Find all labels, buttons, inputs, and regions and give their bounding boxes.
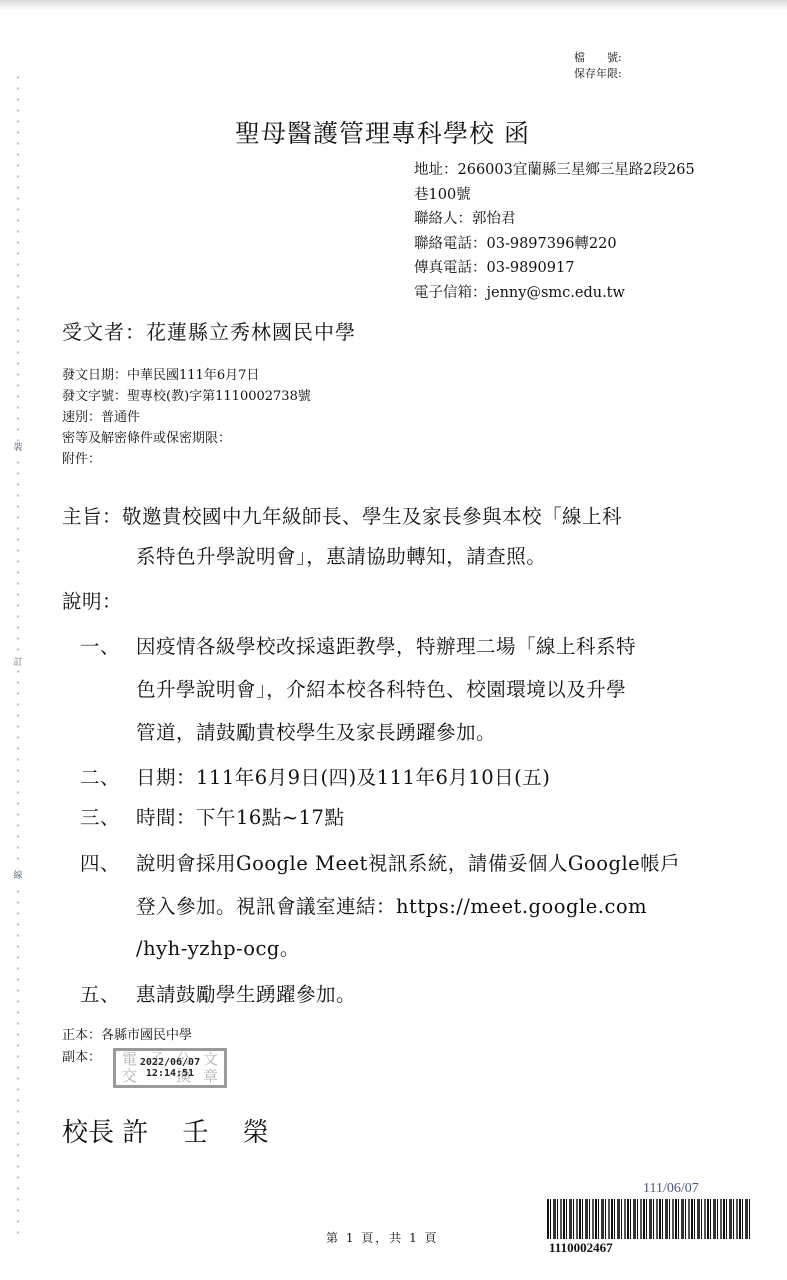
item-2-number: 二、: [80, 762, 120, 790]
address-line-2: 巷100號: [414, 183, 695, 208]
stamp-date: 2022/06/07: [116, 1057, 224, 1068]
address-line-1: 地址：266003宜蘭縣三星鄉三星路2段265: [414, 158, 695, 183]
delivery-speed: 速別：普通件: [62, 407, 311, 428]
recipient: 受文者：花蓮縣立秀林國民中學: [62, 316, 356, 345]
contact-fax: 傳真電話：03-9890917: [414, 256, 695, 281]
item-4-line-1: 說明會採用Google Meet視訊系統，請備妥個人Google帳戶: [136, 848, 680, 876]
page-indicator: 第 1 頁，共 1 頁: [326, 1229, 439, 1246]
subject-line-1: 主旨：敬邀貴校國中九年級師長、學生及家長參與本校「線上科: [62, 501, 622, 529]
contact-phone: 聯絡電話：03-9897396轉220: [414, 232, 695, 257]
binding-label-zhuang: 裝: [10, 441, 26, 455]
archive-info: 檔 號: 保存年限:: [574, 50, 622, 82]
original-recipients: 正本：各縣市國民中學: [62, 1025, 192, 1047]
stamp-timestamp: 2022/06/07 12:14:51: [116, 1051, 224, 1085]
document-title: 聖母醫護管理專科學校 函: [235, 114, 530, 150]
item-1-line-2: 色升學說明會」，介紹本校各科特色、校園環境以及升學: [136, 674, 626, 702]
item-1-line-3: 管道，請鼓勵貴校學生及家長踴躍參加。: [136, 717, 496, 745]
barcode: [547, 1199, 751, 1239]
contact-email: 電子信箱：jenny@smc.edu.tw: [414, 281, 695, 306]
item-5-number: 五、: [80, 979, 120, 1007]
subject-line-2: 系特色升學說明會」，惠請協助轉知，請查照。: [136, 541, 546, 569]
retention-period-label: 保存年限:: [574, 66, 622, 82]
item-3-number: 三、: [80, 802, 120, 830]
binding-label-xian: 線: [10, 869, 26, 883]
item-4-line-2: 登入參加。視訊會議室連結：https://meet.google.com: [136, 891, 647, 919]
item-5-line-1: 惠請鼓勵學生踴躍參加。: [136, 979, 356, 1007]
explanation-heading: 說明：: [62, 586, 122, 614]
contact-block: 地址：266003宜蘭縣三星鄉三星路2段265 巷100號 聯絡人：郭怡君 聯絡…: [414, 158, 695, 305]
document-meta: 發文日期：中華民國111年6月7日 發文字號：聖專校(教)字第111000273…: [62, 365, 311, 470]
top-shadow: [0, 0, 787, 10]
file-number-label: 檔 號:: [574, 50, 622, 66]
attachments: 附件：: [62, 449, 311, 470]
barcode-date: 111/06/07: [643, 1181, 699, 1197]
item-4-line-3: /hyh-yzhp-ocg。: [136, 933, 300, 961]
electronic-exchange-stamp: 電 子 公 文 交 換 章 2022/06/07 12:14:51: [113, 1048, 227, 1088]
document-number: 發文字號：聖專校(教)字第1110002738號: [62, 386, 311, 407]
item-2-line-1: 日期：111年6月9日(四)及111年6月10日(五): [136, 762, 550, 790]
contact-person: 聯絡人：郭怡君: [414, 207, 695, 232]
principal-signature: 校長 許 壬 榮: [62, 1112, 269, 1149]
item-3-line-1: 時間：下午16點~17點: [136, 802, 344, 830]
stamp-time: 12:14:51: [116, 1068, 224, 1079]
binding-label-ding: 訂: [10, 656, 26, 670]
item-1-number: 一、: [80, 631, 120, 659]
classification: 密等及解密條件或保密期限：: [62, 428, 311, 449]
issue-date: 發文日期：中華民國111年6月7日: [62, 365, 311, 386]
barcode-number: 1110002467: [549, 1240, 613, 1256]
item-1-line-1: 因疫情各級學校改採遠距教學，特辦理二場「線上科系特: [136, 631, 636, 659]
item-4-number: 四、: [80, 848, 120, 876]
